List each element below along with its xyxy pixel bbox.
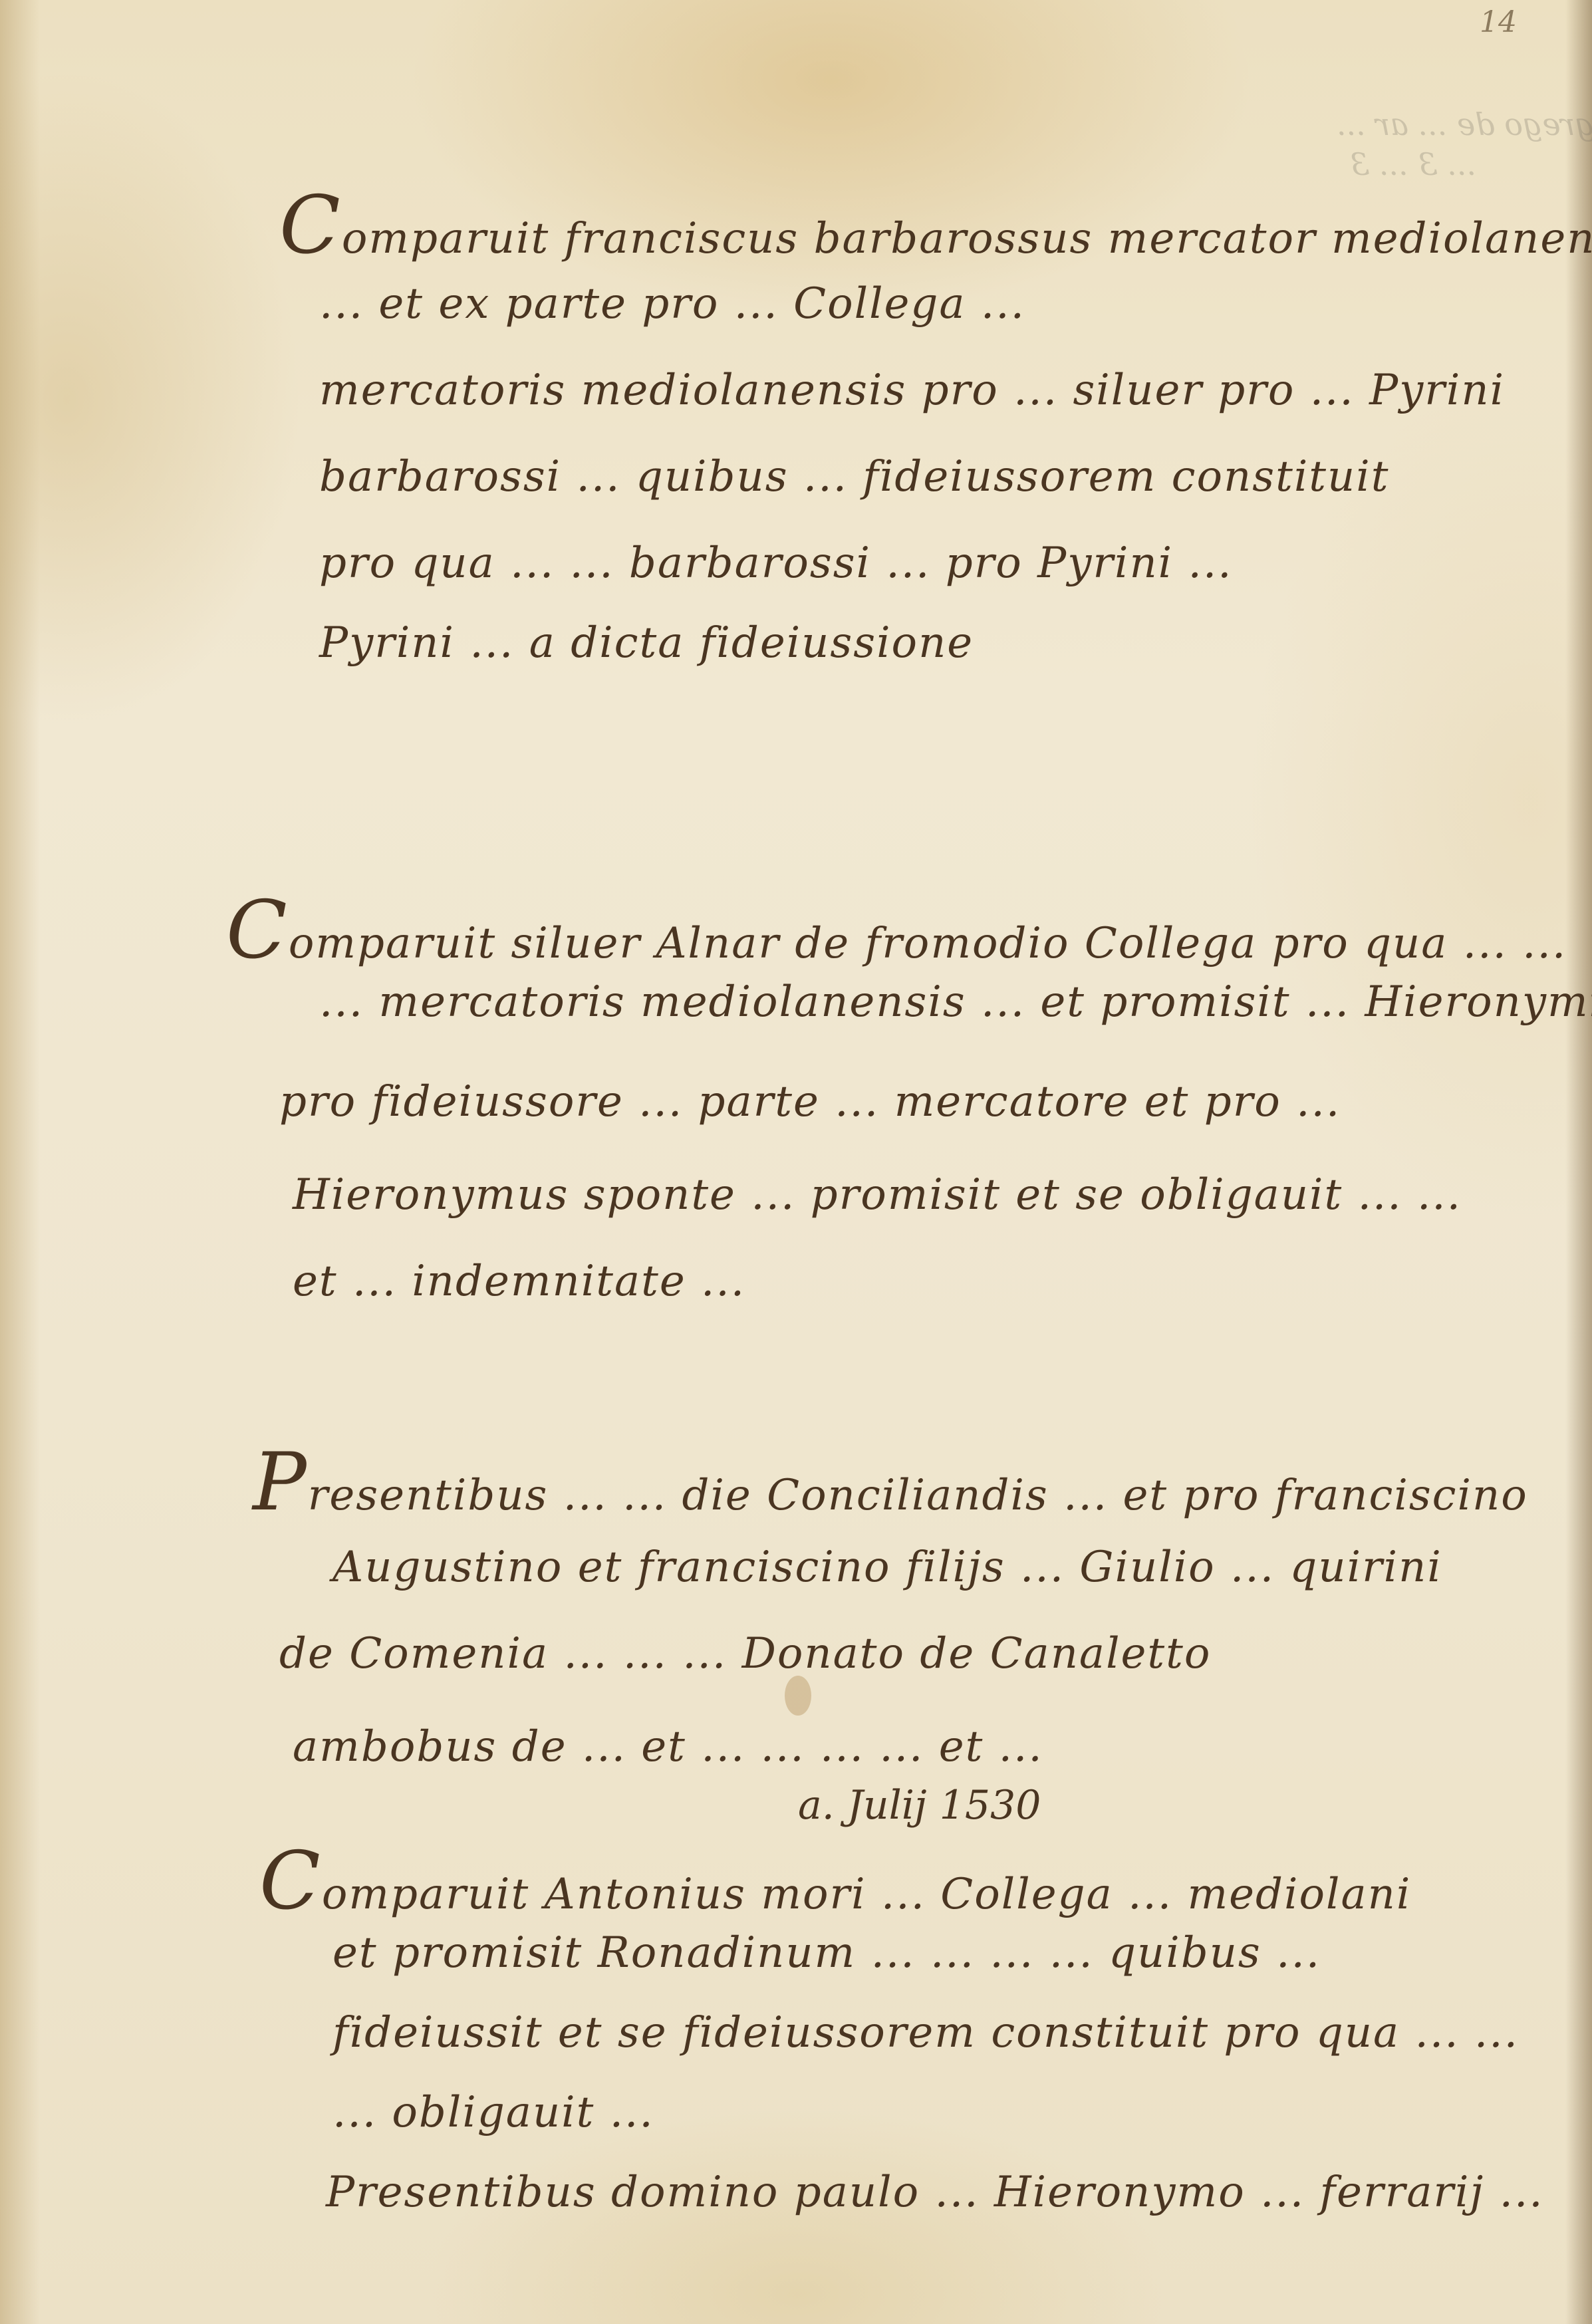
manuscript-page: 14 ... ugrego de ... ar ... ... 3 ... 3 … xyxy=(0,0,1592,2324)
entry-line: Comparuit franciscus barbarossus mercato… xyxy=(279,180,1592,272)
entry-line: pro qua ... ... barbarossi ... pro Pyrin… xyxy=(319,539,1233,588)
entry-line: ... obligauit ... xyxy=(332,2088,654,2137)
entry-line: Presentibus domino paulo ... Hieronymo .… xyxy=(326,2168,1544,2217)
entry-line: pro fideiussore ... parte ... mercatore … xyxy=(279,1077,1341,1126)
entry-line: Augustino et franciscino filijs ... Giul… xyxy=(332,1543,1442,1592)
entry-line: mercatoris mediolanensis pro ... siluer … xyxy=(319,366,1505,415)
page-edge-shadow xyxy=(1565,0,1592,2324)
entry-line: Comparuit Antonius mori ... Collega ... … xyxy=(259,1835,1411,1928)
margin-bleedthrough-2: ... 3 ... 3 xyxy=(1350,146,1476,182)
entry-line: et ... indemnitate ... xyxy=(293,1257,745,1306)
margin-bleedthrough-1: ... ugrego de ... ar ... xyxy=(1337,106,1592,142)
entry-line: fideiussit et se fideiussorem constituit… xyxy=(332,2008,1519,2057)
entry-line: Pyrini ... a dicta fideiussione xyxy=(319,618,974,668)
entry-line: Hieronymus sponte ... promisit et se obl… xyxy=(293,1170,1462,1220)
entry-line: et promisit Ronadinum ... ... ... ... qu… xyxy=(332,1928,1321,1978)
binding-edge xyxy=(0,0,40,2324)
entry-line: ... et ex parte pro ... Collega ... xyxy=(319,279,1025,328)
entry-line: Comparuit siluer Alnar de fromodio Colle… xyxy=(226,884,1567,977)
entry-line: ambobus de ... et ... ... ... ... et ... xyxy=(293,1722,1043,1771)
folio-number: 14 xyxy=(1480,5,1517,39)
entry-date: a. Julij 1530 xyxy=(798,1782,1041,1829)
entry-line: de Comenia ... ... ... Donato de Canalet… xyxy=(279,1629,1211,1678)
ink-stain xyxy=(785,1676,811,1716)
entry-line: Presentibus ... ... die Conciliandis ...… xyxy=(253,1436,1528,1529)
entry-line: ... mercatoris mediolanensis ... et prom… xyxy=(319,977,1592,1027)
entry-line: barbarossi ... quibus ... fideiussorem c… xyxy=(319,452,1389,501)
